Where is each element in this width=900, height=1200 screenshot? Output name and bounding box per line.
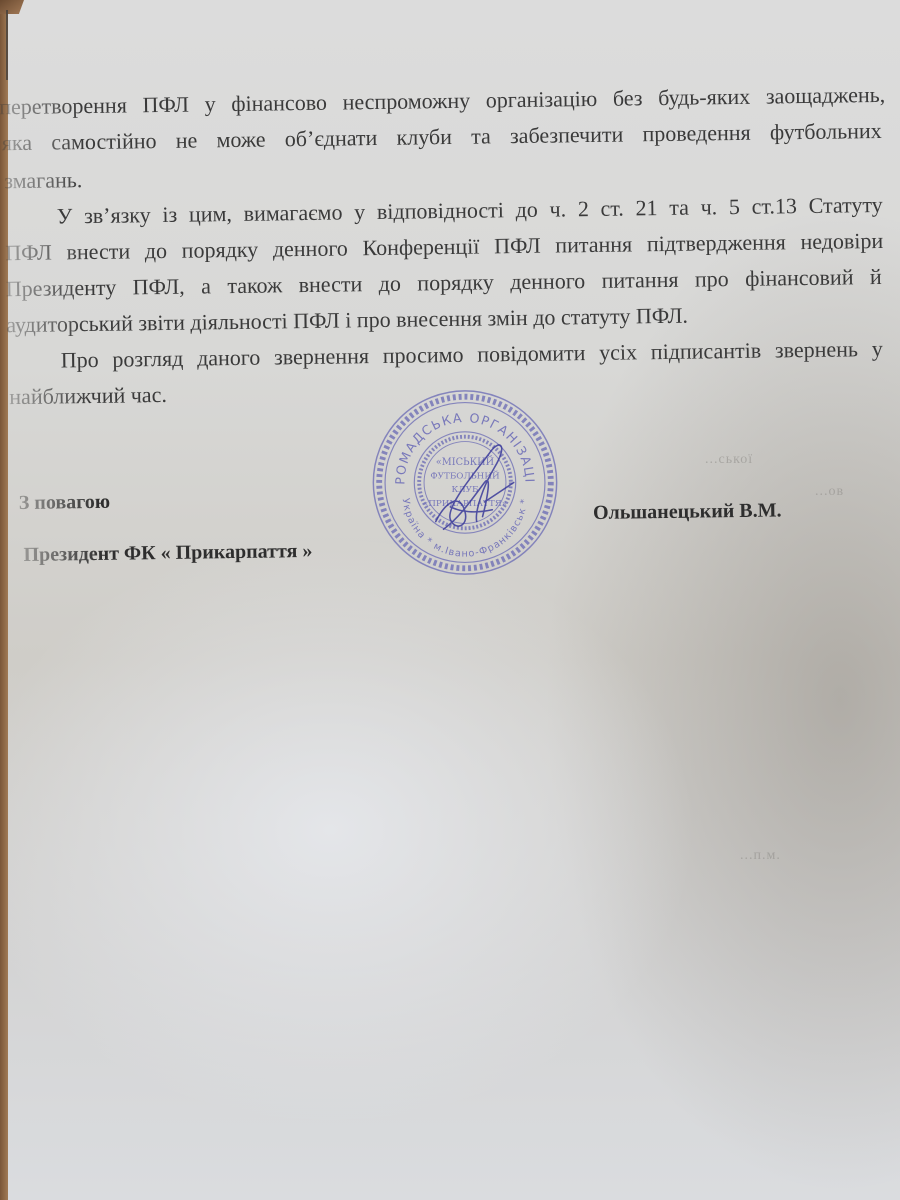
paragraph-3-line-2: найближчий час. <box>9 380 167 412</box>
paragraph-1-line-1: перетворення ПФЛ у фінансово неспроможну… <box>0 80 885 122</box>
paragraph-3-line-1: Про розгляд даного звернення просимо пов… <box>61 334 883 375</box>
document-body: перетворення ПФЛ у фінансово неспроможну… <box>0 0 900 1200</box>
paragraph-2-line-1: У зв’язку із цим, вимагаємо у відповідно… <box>57 190 883 232</box>
paragraph-2-line-3: Президенту ПФЛ, а також внести до порядк… <box>6 262 882 304</box>
paragraph-2-line-2: ПФЛ внести до порядку денного Конференці… <box>5 226 883 268</box>
signatory-position: Президент ФК « Прикарпаття » <box>23 536 312 570</box>
stamp-seal-icon: ГРОМАДСЬКА ОРГАНІЗАЦІЯ Україна * м.Івано… <box>365 385 565 580</box>
document-photo: ...ської ...ов ...п.м. перетворення ПФЛ … <box>0 0 900 1200</box>
closing-regards: З повагою <box>19 487 111 518</box>
paragraph-1-line-2: яка самостійно не може об’єднати клуби т… <box>2 116 882 158</box>
official-stamp: ГРОМАДСЬКА ОРГАНІЗАЦІЯ Україна * м.Івано… <box>365 385 565 580</box>
paragraph-1-line-3: змагань. <box>4 165 82 196</box>
paragraph-2-line-4: аудиторський звіти діяльності ПФЛ і про … <box>6 301 688 341</box>
signatory-name: Ольшанецький В.М. <box>593 495 782 528</box>
